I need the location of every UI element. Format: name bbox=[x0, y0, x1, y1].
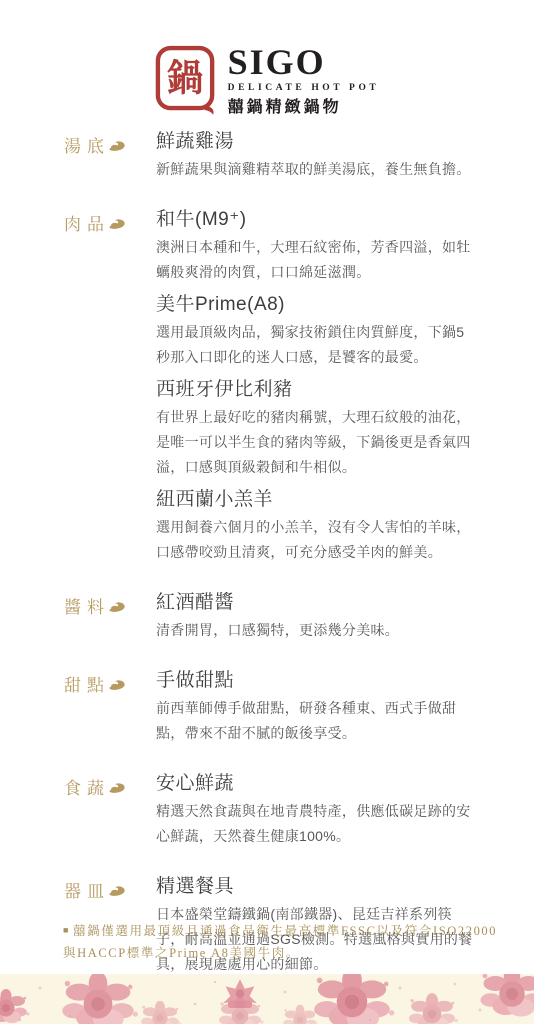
item-description: 清香開胃，口感獨特，更添幾分美味。 bbox=[156, 618, 474, 643]
item-title: 西班牙伊比利豬 bbox=[156, 378, 474, 402]
brand-tagline: DELICATE HOT POT bbox=[228, 84, 380, 94]
item-description: 有世界上最好吃的豬肉稱號，大理石紋般的油花，是唯一可以半生食的豬肉等級，下鍋後更… bbox=[156, 405, 474, 480]
item-title: 鮮蔬雞湯 bbox=[156, 130, 474, 154]
menu-item: 紅酒醋醬清香開胃，口感獨特，更添幾分美味。 bbox=[156, 591, 474, 643]
footer-bullet-icon: ■ bbox=[63, 925, 70, 935]
menu-section: 肉品和牛(M9⁺)澳洲日本種和牛，大理石紋密佈，芳香四溢，如牡蠣般爽滑的肉質，口… bbox=[64, 208, 498, 573]
menu-page: 鍋 SIGO DELICATE HOT POT 囍鍋精緻鍋物 湯底鮮蔬雞湯新鮮蔬… bbox=[0, 0, 534, 1024]
item-title: 紅酒醋醬 bbox=[156, 591, 474, 615]
category-items: 紅酒醋醬清香開胃，口感獨特，更添幾分美味。 bbox=[156, 591, 474, 651]
menu-item: 紐西蘭小羔羊選用飼養六個月的小羔羊，沒有令人害怕的羊味，口感帶咬勁且清爽，可充分… bbox=[156, 488, 474, 565]
category-label: 肉品 bbox=[64, 210, 110, 235]
cloud-icon bbox=[108, 139, 127, 152]
item-title: 紐西蘭小羔羊 bbox=[156, 488, 474, 512]
menu-item: 西班牙伊比利豬有世界上最好吃的豬肉稱號，大理石紋般的油花，是唯一可以半生食的豬肉… bbox=[156, 378, 474, 480]
cloud-icon bbox=[108, 600, 127, 613]
menu-section: 食蔬安心鮮蔬精選天然食蔬與在地青農特產，供應低碳足跡的安心鮮蔬，天然養生健康10… bbox=[64, 772, 498, 857]
menu-item: 和牛(M9⁺)澳洲日本種和牛，大理石紋密佈，芳香四溢，如牡蠣般爽滑的肉質，口口綿… bbox=[156, 208, 474, 285]
category-label: 食蔬 bbox=[64, 774, 110, 799]
item-title: 和牛(M9⁺) bbox=[156, 208, 474, 232]
item-description: 新鮮蔬果與滴雞精萃取的鮮美湯底，養生無負擔。 bbox=[156, 157, 474, 182]
item-description: 精選天然食蔬與在地青農特產，供應低碳足跡的安心鮮蔬，天然養生健康100%。 bbox=[156, 799, 474, 849]
menu-sections: 湯底鮮蔬雞湯新鮮蔬果與滴雞精萃取的鮮美湯底，養生無負擔。肉品和牛(M9⁺)澳洲日… bbox=[0, 116, 534, 985]
item-description: 選用最頂級肉品，獨家技術鎖住肉質鮮度，下鍋5秒那入口即化的迷人口感，是饕客的最愛… bbox=[156, 320, 474, 370]
menu-item: 安心鮮蔬精選天然食蔬與在地青農特產，供應低碳足跡的安心鮮蔬，天然養生健康100%… bbox=[156, 772, 474, 849]
item-description: 選用飼養六個月的小羔羊，沒有令人害怕的羊味，口感帶咬勁且清爽，可充分感受羊肉的鮮… bbox=[156, 515, 474, 565]
item-title: 美牛Prime(A8) bbox=[156, 293, 474, 317]
logo-text-block: SIGO DELICATE HOT POT 囍鍋精緻鍋物 bbox=[228, 44, 380, 116]
category-items: 手做甜點前西華師傅手做甜點，研發各種東、西式手做甜點，帶來不甜不膩的飯後享受。 bbox=[156, 669, 474, 754]
category-items: 和牛(M9⁺)澳洲日本種和牛，大理石紋密佈，芳香四溢，如牡蠣般爽滑的肉質，口口綿… bbox=[156, 208, 474, 573]
menu-section: 醬料紅酒醋醬清香開胃，口感獨特，更添幾分美味。 bbox=[64, 591, 498, 651]
footer-note-text: 囍鍋僅選用最頂級且通過食品衛生最高標準FSSC以及符合ISO22000與HACC… bbox=[63, 924, 497, 960]
menu-section: 甜點手做甜點前西華師傅手做甜點，研發各種東、西式手做甜點，帶來不甜不膩的飯後享受… bbox=[64, 669, 498, 754]
menu-section: 湯底鮮蔬雞湯新鮮蔬果與滴雞精萃取的鮮美湯底，養生無負擔。 bbox=[64, 130, 498, 190]
item-description: 前西華師傅手做甜點，研發各種東、西式手做甜點，帶來不甜不膩的飯後享受。 bbox=[156, 696, 474, 746]
category-label-cell: 食蔬 bbox=[64, 772, 156, 857]
category-label: 甜點 bbox=[64, 671, 110, 696]
item-title: 精選餐具 bbox=[156, 875, 474, 899]
category-items: 鮮蔬雞湯新鮮蔬果與滴雞精萃取的鮮美湯底，養生無負擔。 bbox=[156, 130, 474, 190]
item-title: 手做甜點 bbox=[156, 669, 474, 693]
menu-item: 美牛Prime(A8)選用最頂級肉品，獨家技術鎖住肉質鮮度，下鍋5秒那入口即化的… bbox=[156, 293, 474, 370]
seal-logo-icon: 鍋 bbox=[155, 45, 217, 115]
category-label: 器皿 bbox=[64, 877, 110, 902]
category-label: 湯底 bbox=[64, 132, 110, 157]
category-label-cell: 湯底 bbox=[64, 130, 156, 190]
item-description: 澳洲日本種和牛，大理石紋密佈，芳香四溢，如牡蠣般爽滑的肉質，口口綿延滋潤。 bbox=[156, 235, 474, 285]
category-items: 安心鮮蔬精選天然食蔬與在地青農特產，供應低碳足跡的安心鮮蔬，天然養生健康100%… bbox=[156, 772, 474, 857]
category-label-cell: 醬料 bbox=[64, 591, 156, 651]
floral-border-decoration bbox=[0, 974, 534, 1024]
brand-logo: 鍋 SIGO DELICATE HOT POT 囍鍋精緻鍋物 bbox=[0, 0, 534, 116]
brand-subtitle: 囍鍋精緻鍋物 bbox=[228, 100, 342, 116]
cloud-icon bbox=[108, 884, 127, 897]
cloud-icon bbox=[108, 217, 127, 230]
seal-glyph: 鍋 bbox=[166, 58, 203, 99]
category-label-cell: 肉品 bbox=[64, 208, 156, 573]
menu-item: 手做甜點前西華師傅手做甜點，研發各種東、西式手做甜點，帶來不甜不膩的飯後享受。 bbox=[156, 669, 474, 746]
menu-item: 鮮蔬雞湯新鮮蔬果與滴雞精萃取的鮮美湯底，養生無負擔。 bbox=[156, 130, 474, 182]
brand-name: SIGO bbox=[228, 44, 326, 80]
category-label-cell: 甜點 bbox=[64, 669, 156, 754]
item-title: 安心鮮蔬 bbox=[156, 772, 474, 796]
footer-note: ■囍鍋僅選用最頂級且通過食品衛生最高標準FSSC以及符合ISO22000與HAC… bbox=[63, 919, 500, 964]
category-label: 醬料 bbox=[64, 593, 110, 618]
cloud-icon bbox=[108, 781, 127, 794]
cloud-icon bbox=[108, 678, 127, 691]
